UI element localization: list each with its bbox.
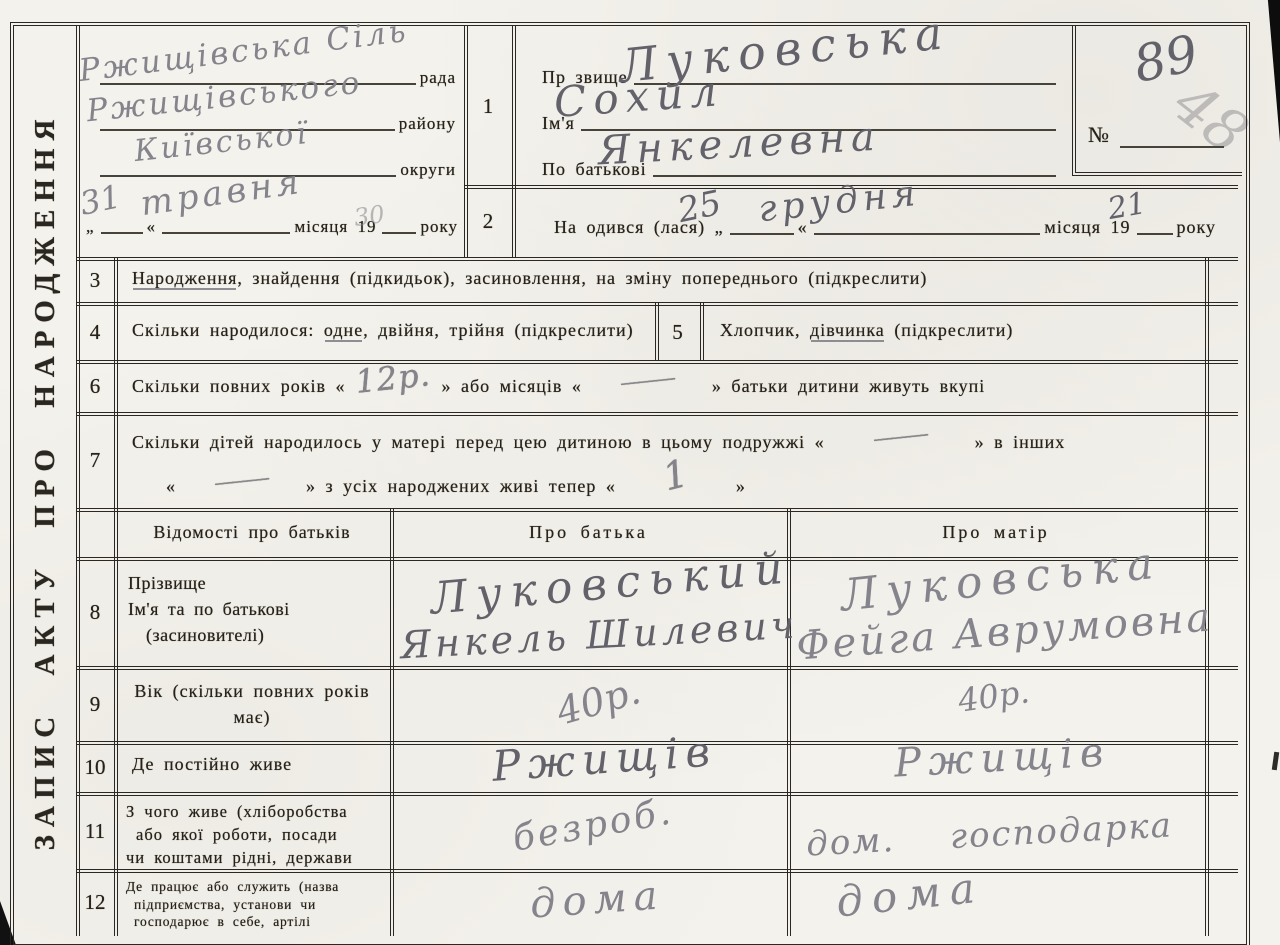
rule-row8-bottom — [76, 666, 1238, 670]
item-number-2: 2 — [464, 209, 512, 234]
document-vertical-title: ЗАПИС АКТУ ПРО НАРОДЖЕННЯ — [14, 26, 76, 936]
item6-years-gap: 12р. — [345, 374, 441, 392]
ruled-line — [1137, 233, 1173, 235]
handwriting-father-workplace: дома — [529, 875, 666, 924]
item4-post: , двійня, трійня (підкреслити) — [363, 320, 633, 340]
rule-row6-bottom — [76, 412, 1238, 416]
record-number-label: № — [1088, 122, 1110, 148]
rule-topband-bottom — [76, 257, 1238, 261]
handwriting-birth-day: 25 — [675, 186, 724, 228]
item3-underlined-word: Народження — [132, 268, 237, 288]
handwriting-mother-occupation: дом. господарка — [805, 808, 1173, 861]
ruled-line — [653, 175, 1056, 177]
item4-text: Скільки народилося: одне, двійня, трійня… — [132, 320, 634, 341]
item6-p1: Скільки повних років « — [132, 376, 345, 396]
item4-pre: Скільки народилося: — [132, 320, 324, 340]
item6-p2: » або місяців « — [441, 376, 581, 396]
handwriting-mother-workplace: дома — [834, 866, 985, 923]
handwriting-record-number: 89 — [1129, 28, 1202, 90]
handwriting-firstname: Сохил — [553, 70, 725, 124]
row9-label: Вік (скільки повних років має) — [114, 678, 390, 730]
rule-labelcol-right — [390, 508, 394, 936]
item-number-1: 1 — [464, 94, 512, 119]
record-number-box: № 89 — [1072, 26, 1242, 176]
item5-pre: Хлопчик, — [720, 320, 810, 340]
handwriting-alive-count: 1 — [659, 454, 693, 497]
rule-numcol — [114, 257, 118, 936]
item6-p3: » батьки дитини живуть вкупі — [712, 376, 985, 396]
item7-l1p2: » в інших — [975, 432, 1066, 452]
region-label: рада — [420, 68, 456, 88]
item3-rest: , знайдення (підкидьок), засиновлення, н… — [237, 268, 927, 288]
ruled-line — [1120, 146, 1224, 148]
handwriting-father-residence: Ржищів — [491, 730, 718, 788]
row10-label: Де постійно живе — [132, 754, 292, 775]
handwriting-birth-year: 21 — [1106, 189, 1149, 225]
ruled-line — [814, 233, 1041, 235]
item-number-12: 12 — [76, 890, 114, 915]
handwriting-dash: ——— — [619, 367, 675, 393]
row12-label-line1: Де працює або служить (назва — [126, 878, 339, 896]
row8-label-line1: Прізвище — [128, 570, 290, 596]
row11-label-line2: або якої роботи, посади — [126, 823, 353, 846]
row12-label-line3: господарює в себе, артілі — [126, 913, 339, 931]
item7-gap2: ——— — [176, 474, 306, 492]
parents-header-father: Про батька — [390, 522, 787, 543]
document-frame: ЗАПИС АКТУ ПРО НАРОДЖЕННЯ рада району ок… — [10, 22, 1250, 945]
row11-label: З чого живе (хліборобства або якої робот… — [126, 800, 353, 869]
item-number-3: 3 — [76, 268, 114, 293]
item3-text: Народження, знайдення (підкидьок), засин… — [132, 268, 927, 289]
item7-gap3: 1 — [616, 474, 736, 492]
ruled-line — [162, 232, 290, 234]
row12-label: Де працює або служить (назва підприємств… — [126, 878, 339, 931]
parents-header-info: Відомості про батьків — [114, 522, 390, 543]
rule-row7-bottom — [76, 508, 1238, 512]
scan-speck — [1272, 752, 1279, 771]
ruled-line — [730, 233, 794, 235]
item7-l2p3: » — [736, 476, 746, 496]
ruled-line — [382, 232, 416, 234]
sidebar-strip: ЗАПИС АКТУ ПРО НАРОДЖЕННЯ — [14, 26, 80, 936]
rule-num5-right — [700, 302, 704, 360]
item-number-10: 10 — [76, 755, 114, 780]
region-label: округи — [400, 160, 456, 180]
item7-l2p2: » з усіх народжених живі тепер « — [306, 476, 616, 496]
item7-l1p1: Скільки дітей народилось у матері перед … — [132, 432, 825, 452]
item2-post: року — [1177, 217, 1217, 238]
rule-numcol-right — [512, 26, 516, 257]
handwriting-parent-years: 12р. — [354, 358, 432, 398]
handwriting-father-age: 40р. — [552, 671, 644, 731]
handwriting-father-occupation: безроб. — [510, 794, 676, 858]
row9-label-line2: має) — [114, 704, 390, 730]
handwriting-mother-residence: Ржищів — [893, 732, 1111, 783]
handwriting-year: 30 — [352, 202, 386, 230]
item-number-6: 6 — [76, 374, 114, 399]
row11-label-line3: чи коштами рідні, держави — [126, 846, 353, 869]
handwriting-mother-age: 40р. — [956, 675, 1031, 717]
item7-gap1: ——— — [825, 430, 975, 448]
row11-label-line1: З чого живе (хліборобства — [126, 800, 353, 823]
item5-underlined-word: дівчинка — [810, 320, 885, 340]
item-number-5: 5 — [655, 320, 700, 345]
item-number-7: 7 — [76, 448, 114, 473]
rule-row45-bottom — [76, 360, 1238, 364]
item5-post: (підкреслити) — [885, 320, 1014, 340]
scan-edge-top-right — [1258, 0, 1280, 150]
item-number-11: 11 — [76, 819, 114, 844]
row8-label: Прізвище Ім'я та по батькові (засиновите… — [128, 570, 290, 648]
item7-line1: Скільки дітей народилось у матері перед … — [132, 430, 1065, 453]
handwriting-dash: ——— — [872, 423, 928, 449]
region-label: району — [399, 114, 456, 134]
item-number-9: 9 — [76, 692, 114, 717]
item7-l2p1: « — [166, 476, 176, 496]
row8-label-line3: (засиновителі) — [128, 622, 290, 648]
item6-months-gap: ——— — [582, 374, 712, 392]
scanned-birth-record: { "sidebar": { "title": "ЗАПИС АКТУ ПРО … — [0, 0, 1280, 945]
item-number-8: 8 — [76, 600, 114, 625]
year-label: року — [420, 217, 458, 237]
item-number-4: 4 — [76, 320, 114, 345]
item4-underlined-word: одне — [324, 320, 363, 340]
row8-label-line2: Ім'я та по батькові — [128, 596, 290, 622]
item6-text: Скільки повних років «12р.» або місяців … — [132, 374, 985, 397]
item7-line2: «———» з усіх народжених живі тепер «1» — [166, 474, 746, 497]
row9-label-line1: Вік (скільки повних років — [114, 678, 390, 704]
row12-label-line2: підприємства, установи чи — [126, 896, 339, 914]
handwriting-dash: ——— — [213, 467, 269, 493]
ruled-line — [101, 232, 143, 234]
item5-text: Хлопчик, дівчинка (підкреслити) — [720, 320, 1013, 341]
handwriting-day: 31 — [77, 180, 123, 220]
